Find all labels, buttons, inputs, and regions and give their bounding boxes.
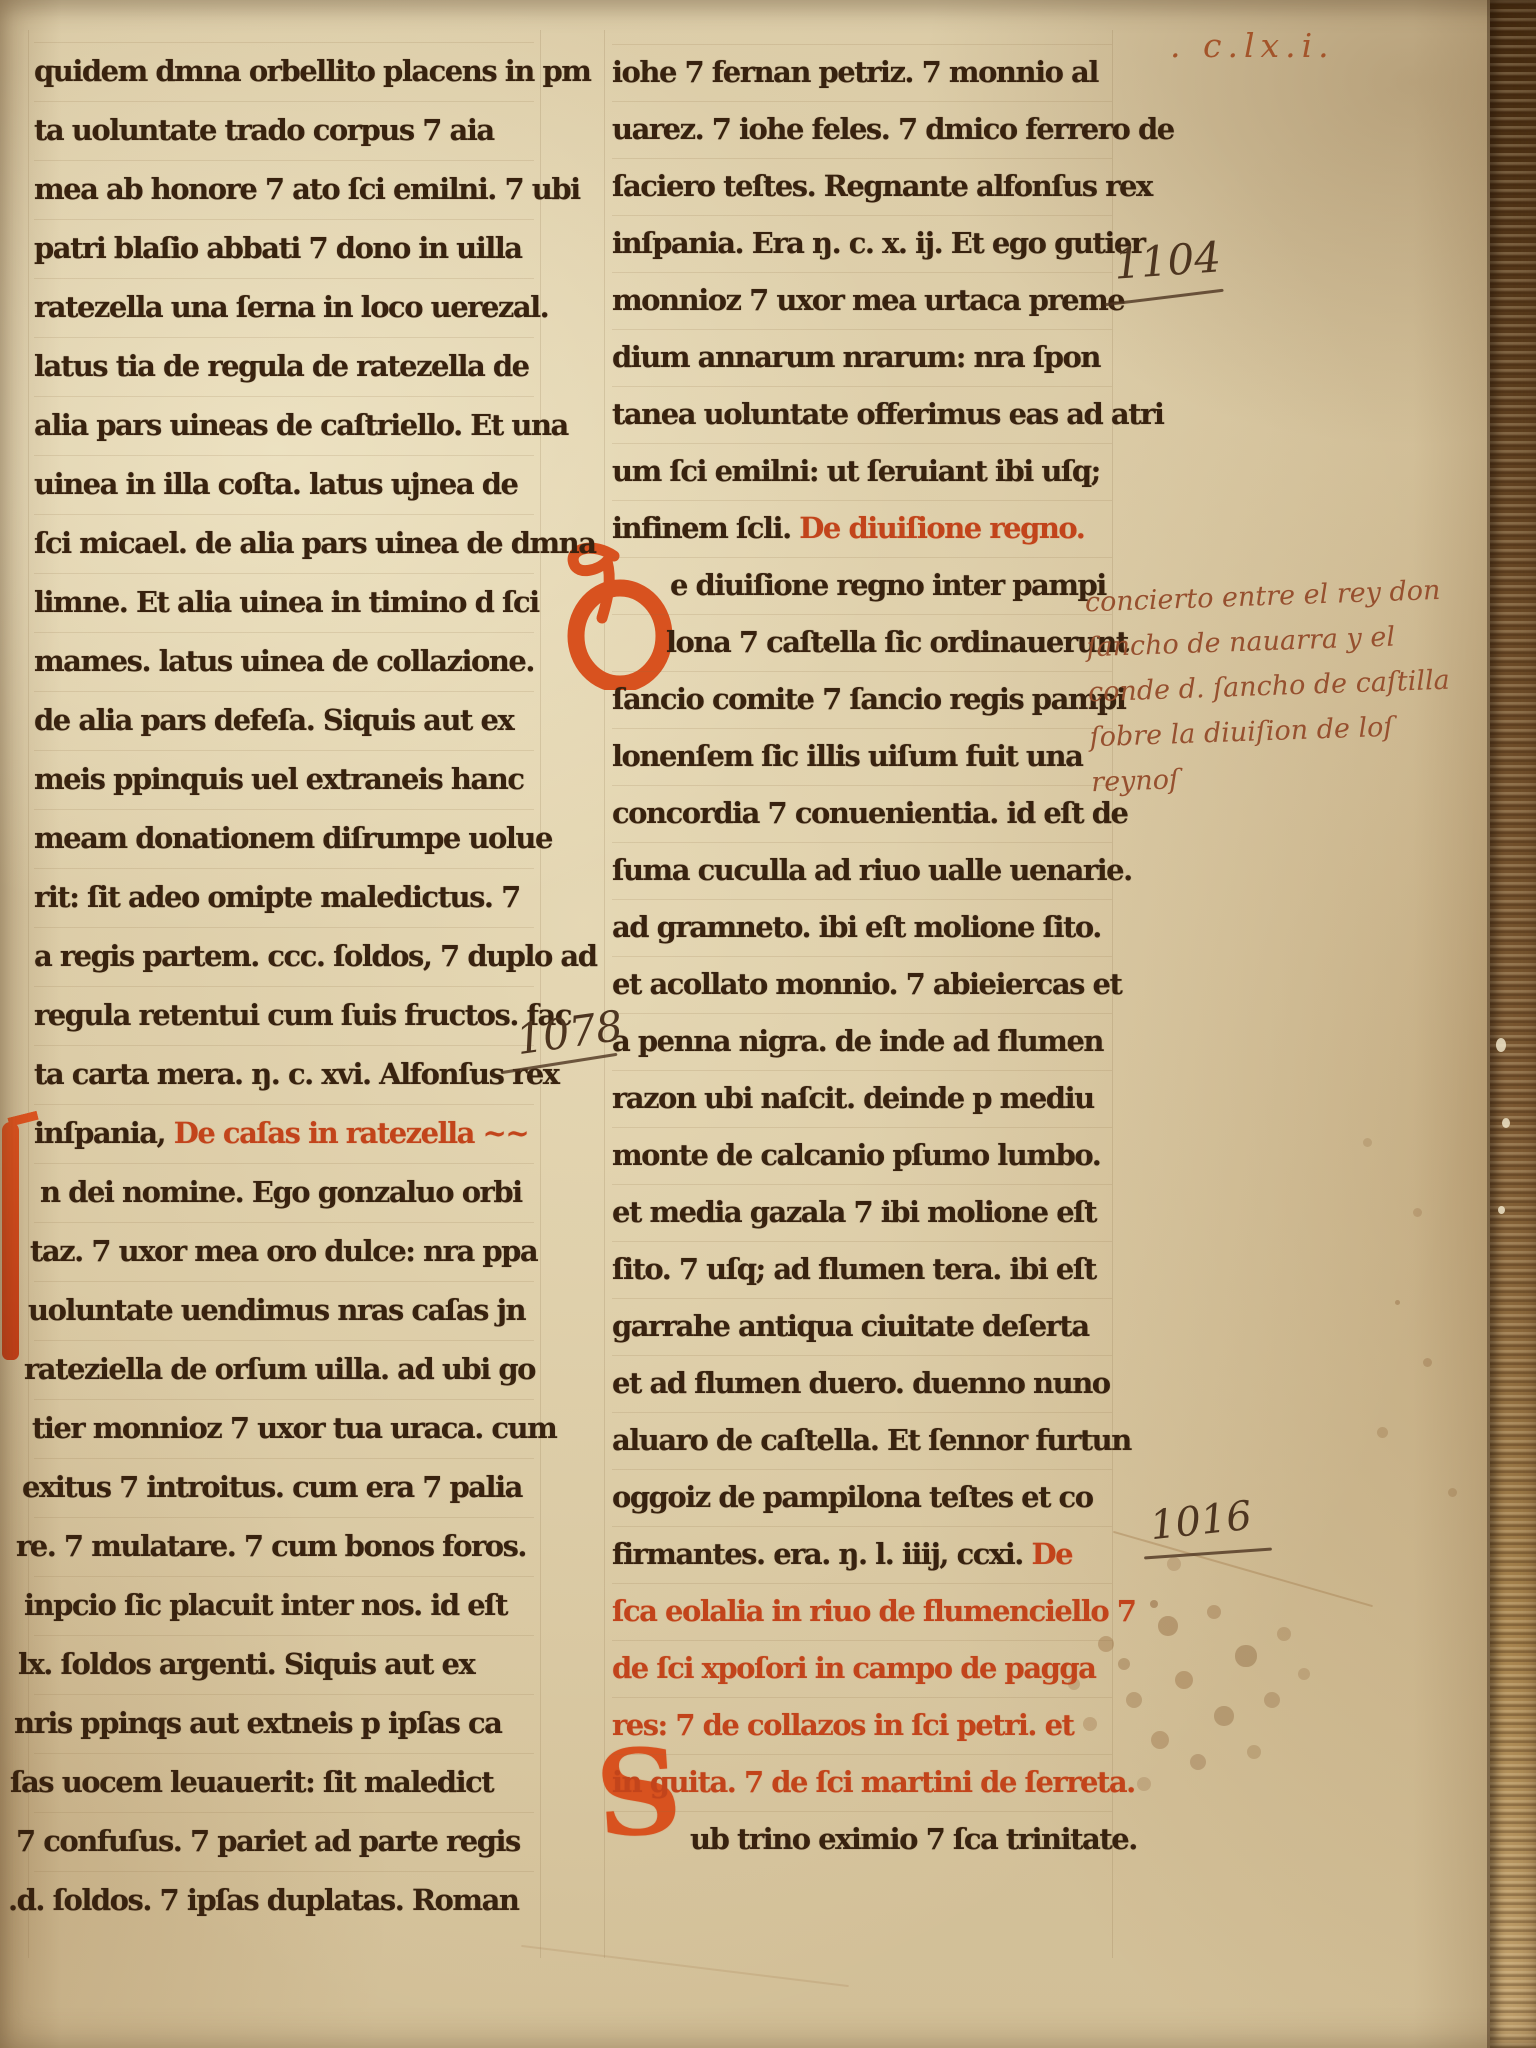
body-text: garrahe antiqua ciuitate deſerta: [612, 1309, 1089, 1343]
manuscript-line: lona 7 caſtella ſic ordinauerunt: [666, 614, 1112, 671]
manuscript-line: exitus 7 introitus. cum era 7 palia: [22, 1458, 534, 1517]
body-text: n dei nomine. Ego gonzaluo orbi: [40, 1175, 522, 1209]
body-text: monnioz 7 uxor mea urtaca preme: [612, 283, 1124, 317]
body-text: meis ppinquis uel extraneis hanc: [34, 762, 523, 796]
manuscript-line: re. 7 mulatare. 7 cum bonos foros.: [16, 1517, 534, 1576]
body-text: ſuma cuculla ad riuo ualle uenarie.: [612, 853, 1132, 887]
body-text: oggoiz de pampilona teſtes et co: [612, 1480, 1093, 1514]
body-text: tier monnioz 7 uxor tua uraca. cum: [32, 1411, 556, 1445]
rubric-text: De: [1031, 1537, 1072, 1571]
book-fore-edge: [1490, 0, 1536, 2048]
manuscript-line: ratezella una ſerna in loco uerezal.: [34, 278, 534, 337]
body-text: ſito. 7 uſq; ad flumen tera. ibi eſt: [612, 1252, 1096, 1286]
edge-fleck: [1498, 1206, 1505, 1214]
body-text: .d. ſoldos. 7 ipſas duplatas. Roman: [8, 1883, 518, 1917]
body-text: et ad flumen duero. duenno nuno: [612, 1366, 1110, 1400]
manuscript-line: razon ubi naſcit. deinde p mediu: [612, 1070, 1112, 1127]
body-text: alia pars uineas de caſtriello. Et una: [34, 408, 568, 442]
manuscript-line: ſancio comite 7 ſancio regis pampi: [612, 671, 1112, 728]
manuscript-line: ſca eolalia in riuo de flumenciello 7: [612, 1583, 1112, 1640]
body-text: ad gramneto. ibi eſt molione ſito.: [612, 910, 1101, 944]
body-text: regula retentui cum ſuis fructos. fac: [34, 998, 571, 1032]
manuscript-line: tier monnioz 7 uxor tua uraca. cum: [32, 1399, 534, 1458]
manuscript-line: lx. ſoldos argenti. Siquis aut ex: [18, 1635, 534, 1694]
manuscript-line: meis ppinquis uel extraneis hanc: [34, 750, 534, 809]
ruling-line: [604, 30, 605, 1958]
manuscript-line: monte de calcanio pſumo lumbo.: [612, 1127, 1112, 1184]
manuscript-line: ſas uocem leuauerit: ſit maledict: [10, 1753, 534, 1812]
rubric-text: De caſas in ratezella ~~: [174, 1116, 528, 1150]
body-text: meam donationem diſrumpe uolue: [34, 821, 552, 855]
manuscript-line: rit: ſit adeo omipte maledictus. 7: [34, 868, 534, 927]
manuscript-line: n dei nomine. Ego gonzaluo orbi: [40, 1163, 534, 1222]
manuscript-line: inſpania, De caſas in ratezella ~~: [34, 1104, 534, 1163]
body-text: razon ubi naſcit. deinde p mediu: [612, 1081, 1094, 1115]
manuscript-line: tanea uoluntate offerimus eas ad atri: [612, 386, 1112, 443]
manuscript-line: um ſci emilni: ut ſeruiant ibi uſq;: [612, 443, 1112, 500]
body-text: ta uoluntate trado corpus 7 aia: [34, 113, 494, 147]
manuscript-line: 7 confuſus. 7 pariet ad parte regis: [16, 1812, 534, 1871]
manuscript-line: ſaciero teſtes. Regnante alfonſus rex: [612, 158, 1112, 215]
manuscript-line: garrahe antiqua ciuitate deſerta: [612, 1298, 1112, 1355]
manuscript-line: uinea in illa coſta. latus ujnea de: [34, 455, 534, 514]
manuscript-line: concordia 7 conuenientia. id eſt de: [612, 785, 1112, 842]
manuscript-line: et acollato monnio. 7 abieiercas et: [612, 956, 1112, 1013]
manuscript-line: res: 7 de collazos in ſci petri. et: [612, 1697, 1112, 1754]
manuscript-line: ta uoluntate trado corpus 7 aia: [34, 101, 534, 160]
rubric-text: ſca eolalia in riuo de flumenciello 7: [612, 1594, 1135, 1628]
body-text: dium annarum nrarum: nra ſpon: [612, 340, 1100, 374]
manuscript-line: .d. ſoldos. 7 ipſas duplatas. Roman: [8, 1871, 534, 1930]
rubric-text: res: 7 de collazos in ſci petri. et: [612, 1708, 1073, 1742]
rubric-text: De diuiſione regno.: [799, 511, 1084, 545]
scratch-mark: [521, 1945, 849, 1987]
manuscript-line: in guita. 7 de ſci martini de ſerreta.: [612, 1754, 1112, 1811]
manuscript-line: latus tia de regula de ratezella de: [34, 337, 534, 396]
rubric-text: in guita. 7 de ſci martini de ſerreta.: [612, 1765, 1135, 1799]
manuscript-line: meam donationem diſrumpe uolue: [34, 809, 534, 868]
body-text: ub trino eximio 7 ſca trinitate.: [690, 1822, 1137, 1856]
manuscript-line: firmantes. era. ŋ. l. iiij, ccxi. De: [612, 1526, 1112, 1583]
body-text: infinem ſcli.: [612, 511, 799, 545]
manuscript-line: et media gazala 7 ibi molione eſt: [612, 1184, 1112, 1241]
manuscript-line: regula retentui cum ſuis fructos. fac: [34, 986, 534, 1045]
manuscript-line: e diuiſione regno inter pampi: [670, 557, 1112, 614]
manuscript-line: et ad flumen duero. duenno nuno: [612, 1355, 1112, 1412]
edge-fleck: [1502, 1118, 1510, 1128]
body-text: uarez. 7 iohe feles. 7 dmico ferrero de: [612, 112, 1174, 146]
body-text: a penna nigra. de inde ad flumen: [612, 1024, 1103, 1058]
body-text: taz. 7 uxor mea oro dulce: nra ppa: [30, 1234, 537, 1268]
manuscript-line: ad gramneto. ibi eſt molione ſito.: [612, 899, 1112, 956]
body-text: iohe 7 fernan petriz. 7 monnio al: [612, 55, 1098, 89]
manuscript-line: ſci micael. de alia pars uinea de dmna: [34, 514, 534, 573]
manuscript-line: monnioz 7 uxor mea urtaca preme: [612, 272, 1112, 329]
body-text: latus tia de regula de ratezella de: [34, 349, 529, 383]
margin-note-1016: 1016: [1148, 1493, 1254, 1549]
body-text: 7 confuſus. 7 pariet ad parte regis: [16, 1824, 520, 1858]
body-text: ſas uocem leuauerit: ſit maledict: [10, 1765, 493, 1799]
manuscript-line: aluaro de caſtella. Et ſennor furtun: [612, 1412, 1112, 1469]
folio-number: . c.lx.i.: [1170, 26, 1335, 65]
body-text: lx. ſoldos argenti. Siquis aut ex: [18, 1647, 474, 1681]
body-text: mames. latus uinea de collazione.: [34, 644, 534, 678]
body-text: nris ppinqs aut extneis p ipſas ca: [14, 1706, 501, 1740]
manuscript-line: patri blaſio abbati 7 dono in uilla: [34, 219, 534, 278]
manuscript-line: nris ppinqs aut extneis p ipſas ca: [14, 1694, 534, 1753]
manuscript-line: inſpania. Era ŋ. c. x. ij. Et ego gutier: [612, 215, 1112, 272]
manuscript-line: rateziella de orſum uilla. ad ubi go: [24, 1340, 534, 1399]
manuscript-line: alia pars uineas de caſtriello. Et una: [34, 396, 534, 455]
body-text: de alia pars defeſa. Siquis aut ex: [34, 703, 513, 737]
manuscript-page-photo: . c.lx.i. S quidem dmna orbellito placen…: [0, 0, 1536, 2048]
manuscript-line: uoluntate uendimus nras caſas jn: [28, 1281, 534, 1340]
illuminated-initial-i: [2, 1122, 19, 1360]
body-text: ſaciero teſtes. Regnante alfonſus rex: [612, 169, 1152, 203]
text-column-right: iohe 7 fernan petriz. 7 monnio aluarez. …: [612, 44, 1112, 1868]
manuscript-line: ub trino eximio 7 ſca trinitate.: [690, 1811, 1112, 1868]
foxing-stain: [1395, 1300, 1400, 1305]
body-text: uoluntate uendimus nras caſas jn: [28, 1293, 525, 1327]
foxing-stain: [1150, 1600, 1158, 1608]
body-text: e diuiſione regno inter pampi: [670, 568, 1106, 602]
body-text: ratezella una ſerna in loco uerezal.: [34, 290, 548, 324]
body-text: quidem dmna orbellito placens in pm: [34, 54, 590, 88]
body-text: concordia 7 conuenientia. id eſt de: [612, 796, 1128, 830]
body-text: inſpania. Era ŋ. c. x. ij. Et ego gutier: [612, 226, 1145, 260]
body-text: patri blaſio abbati 7 dono in uilla: [34, 231, 522, 265]
manuscript-line: iohe 7 fernan petriz. 7 monnio al: [612, 44, 1112, 101]
manuscript-line: a penna nigra. de inde ad flumen: [612, 1013, 1112, 1070]
body-text: ta carta mera. ŋ. c. xvi. Alfonſus rex: [34, 1057, 559, 1091]
manuscript-line: ta carta mera. ŋ. c. xvi. Alfonſus rex: [34, 1045, 534, 1104]
manuscript-line: de alia pars defeſa. Siquis aut ex: [34, 691, 534, 750]
manuscript-line: taz. 7 uxor mea oro dulce: nra ppa: [30, 1222, 534, 1281]
body-text: et media gazala 7 ibi molione eſt: [612, 1195, 1096, 1229]
margin-note-1104: 1104: [1112, 232, 1222, 288]
body-text: et acollato monnio. 7 abieiercas et: [612, 967, 1121, 1001]
manuscript-line: lonenſem ſic illis uiſum fuit una: [612, 728, 1112, 785]
manuscript-line: infinem ſcli. De diuiſione regno.: [612, 500, 1112, 557]
manuscript-line: de ſci xpoſori in campo de pagga: [612, 1640, 1112, 1697]
body-text: firmantes. era. ŋ. l. iiij, ccxi.: [612, 1537, 1031, 1571]
body-text: ſci micael. de alia pars uinea de dmna: [34, 526, 596, 560]
body-text: monte de calcanio pſumo lumbo.: [612, 1138, 1100, 1172]
manuscript-line: a regis partem. ccc. ſoldos, 7 duplo ad: [34, 927, 534, 986]
body-text: ſancio comite 7 ſancio regis pampi: [612, 682, 1125, 716]
manuscript-line: mea ab honore 7 ato ſci emilni. 7 ubi: [34, 160, 534, 219]
body-text: uinea in illa coſta. latus ujnea de: [34, 467, 517, 501]
body-text: um ſci emilni: ut ſeruiant ibi uſq;: [612, 454, 1100, 488]
body-text: mea ab honore 7 ato ſci emilni. 7 ubi: [34, 172, 580, 206]
body-text: inpcio ſic placuit inter nos. id eſt: [24, 1588, 507, 1622]
manuscript-line: oggoiz de pampilona teſtes et co: [612, 1469, 1112, 1526]
body-text: re. 7 mulatare. 7 cum bonos foros.: [16, 1529, 526, 1563]
body-text: a regis partem. ccc. ſoldos, 7 duplo ad: [34, 939, 596, 973]
manuscript-line: ſito. 7 uſq; ad flumen tera. ibi eſt: [612, 1241, 1112, 1298]
margin-note-concierto: concierto entre el rey donſancho de naua…: [1084, 568, 1453, 805]
manuscript-line: ſuma cuculla ad riuo ualle uenarie.: [612, 842, 1112, 899]
body-text: exitus 7 introitus. cum era 7 palia: [22, 1470, 522, 1504]
body-text: rit: ſit adeo omipte maledictus. 7: [34, 880, 520, 914]
manuscript-line: quidem dmna orbellito placens in pm: [34, 42, 534, 101]
body-text: lonenſem ſic illis uiſum fuit una: [612, 739, 1082, 773]
edge-fleck: [1496, 1038, 1506, 1052]
text-column-left: quidem dmna orbellito placens in pmta uo…: [34, 42, 534, 1930]
body-text: rateziella de orſum uilla. ad ubi go: [24, 1352, 535, 1386]
manuscript-line: mames. latus uinea de collazione.: [34, 632, 534, 691]
body-text: lona 7 caſtella ſic ordinauerunt: [666, 625, 1128, 659]
body-text: aluaro de caſtella. Et ſennor furtun: [612, 1423, 1131, 1457]
manuscript-line: uarez. 7 iohe feles. 7 dmico ferrero de: [612, 101, 1112, 158]
body-text: limne. Et alia uinea in timino d ſci: [34, 585, 539, 619]
body-text: tanea uoluntate offerimus eas ad atri: [612, 397, 1163, 431]
manuscript-line: limne. Et alia uinea in timino d ſci: [34, 573, 534, 632]
rubric-text: de ſci xpoſori in campo de pagga: [612, 1651, 1095, 1685]
manuscript-line: dium annarum nrarum: nra ſpon: [612, 329, 1112, 386]
manuscript-line: inpcio ſic placuit inter nos. id eſt: [24, 1576, 534, 1635]
body-text: inſpania,: [34, 1116, 174, 1150]
